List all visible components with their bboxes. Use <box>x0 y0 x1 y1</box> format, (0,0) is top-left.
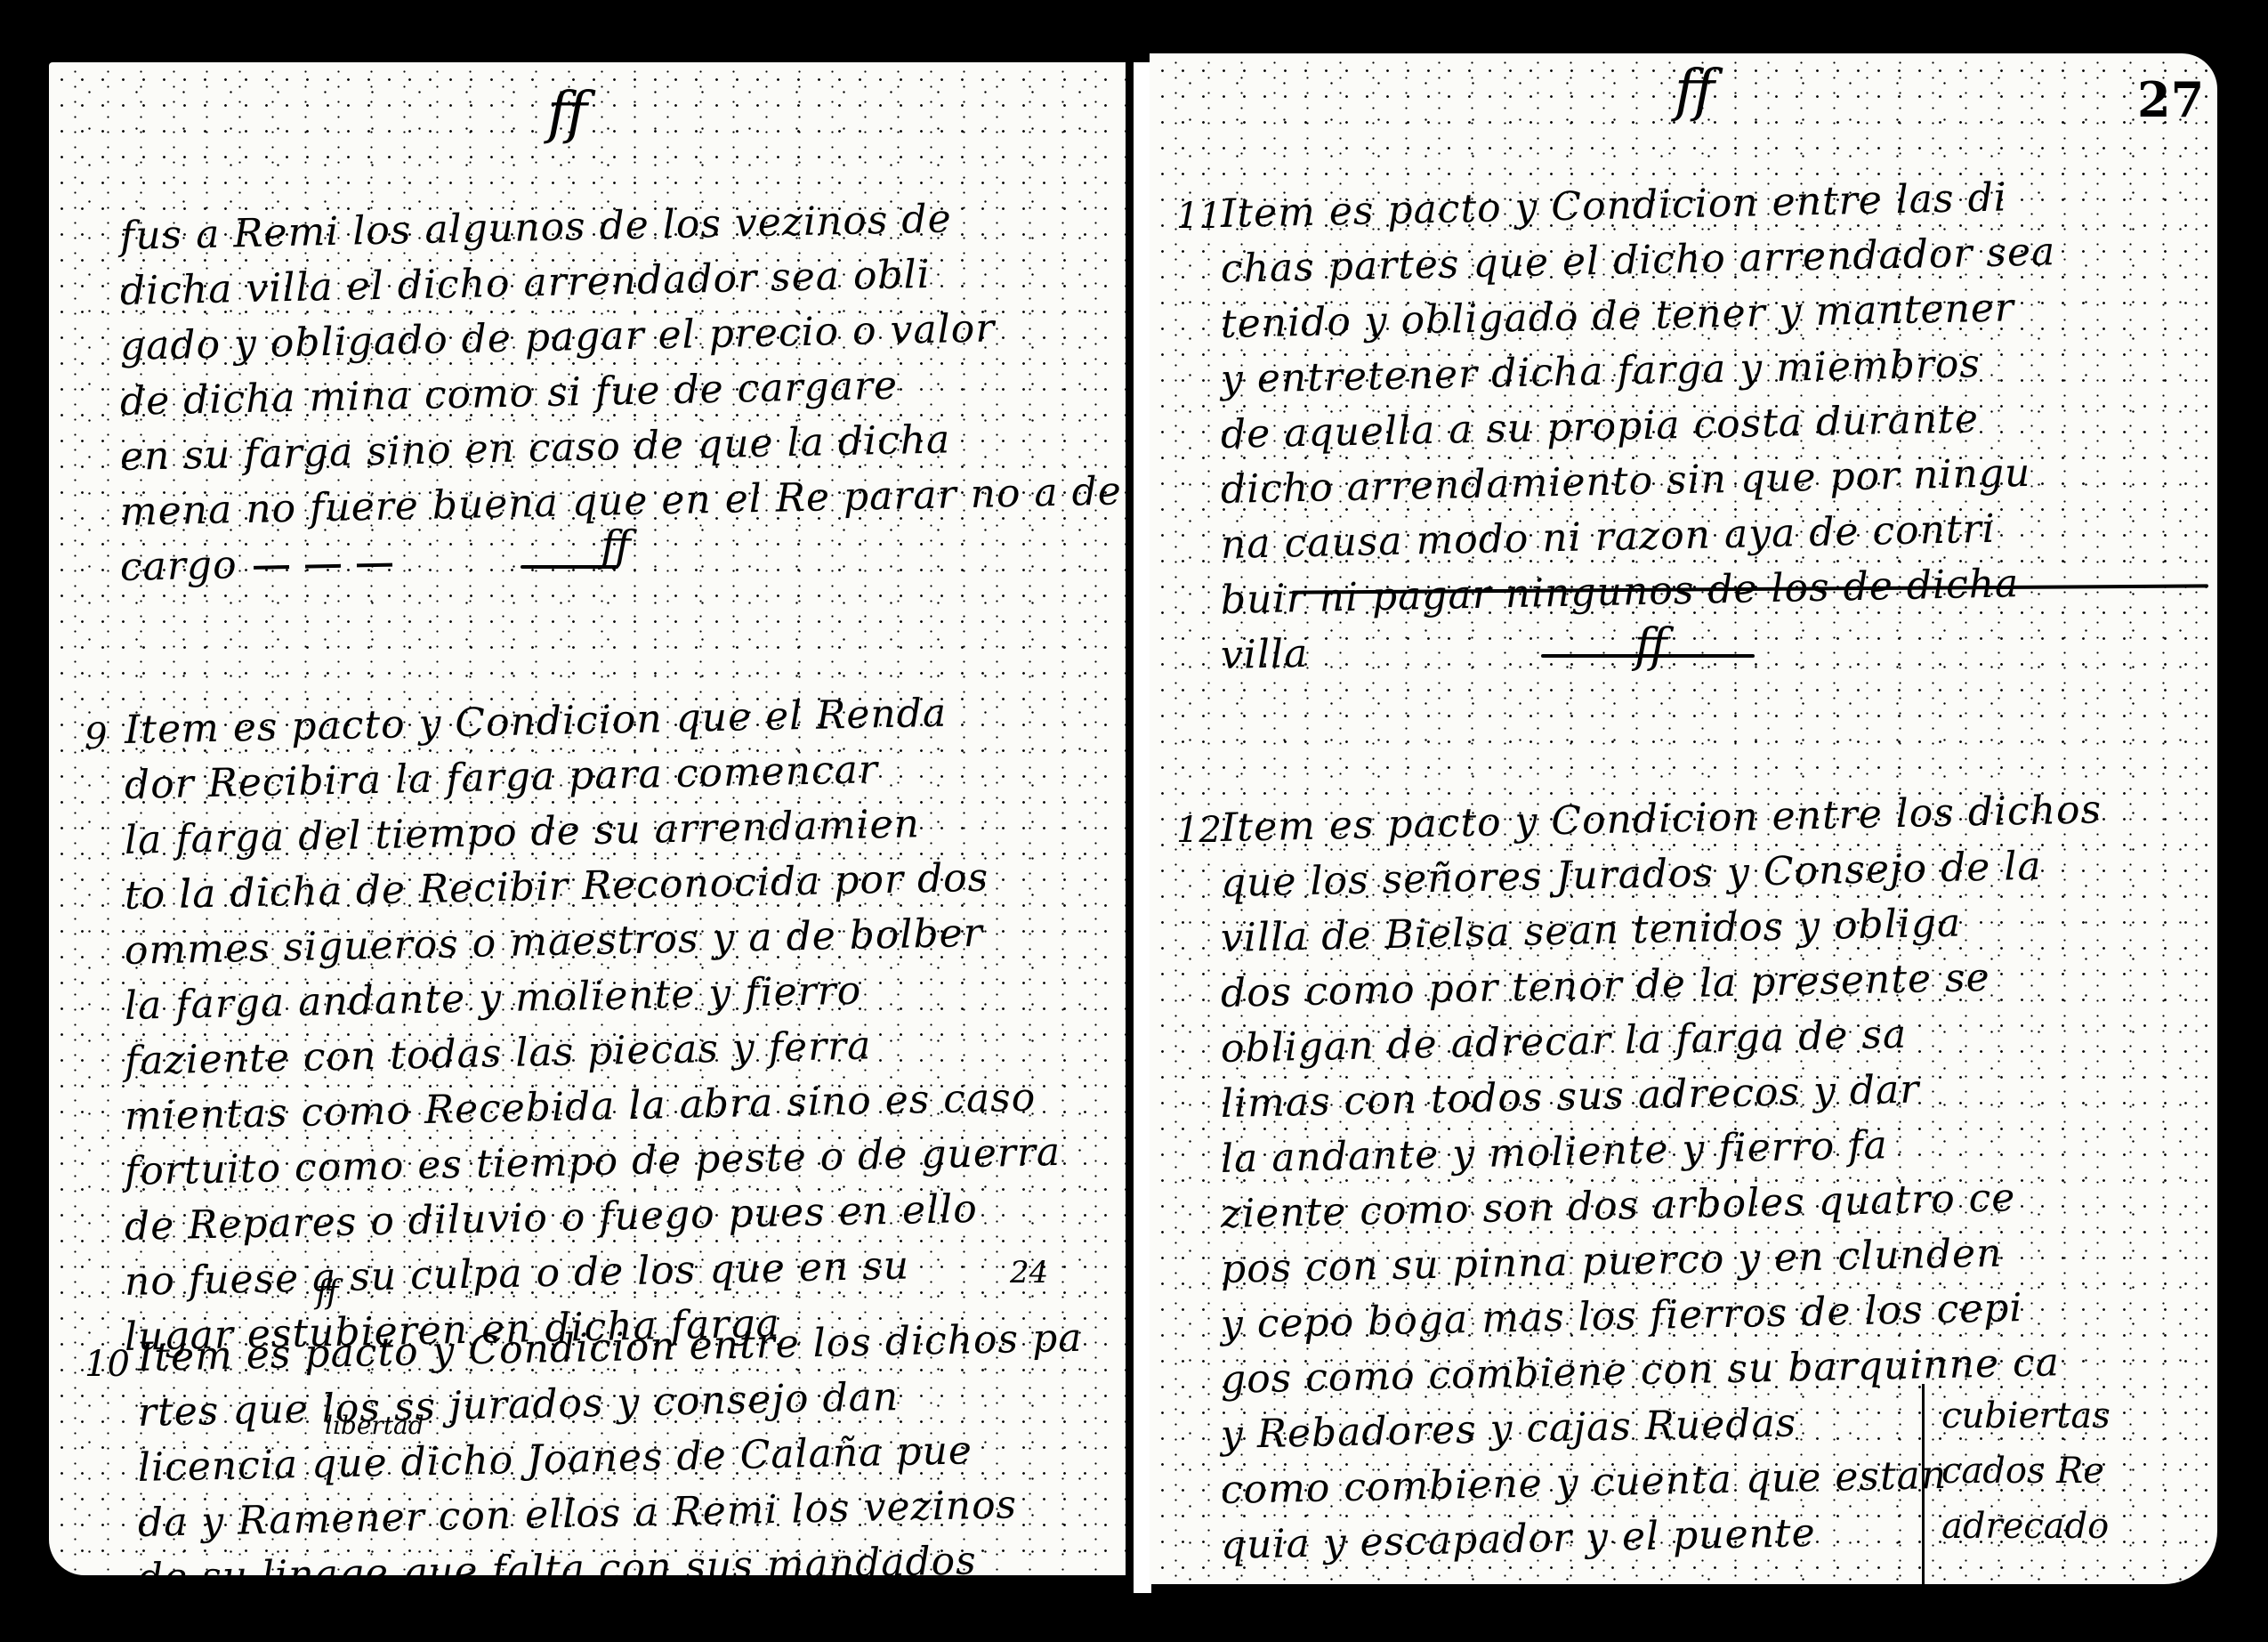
side-column: cubiertas cados Re adrecado <box>1941 1388 2111 1554</box>
left-page: ff fus a Remi los algunos de los vezinos… <box>49 62 1126 1575</box>
article-number: 10 <box>85 1344 130 1385</box>
article-number: 9 <box>85 716 107 757</box>
article-11: Item es pacto y Condicion entre las di c… <box>1221 187 2055 683</box>
header-mark: ff <box>547 85 587 142</box>
side-line: cubiertas <box>1941 1388 2111 1444</box>
manuscript-spread: ff fus a Remi los algunos de los vezinos… <box>0 0 2268 1642</box>
text-fragment: cargo <box>119 542 238 590</box>
header-mark: ff <box>1675 62 1715 119</box>
column-divider <box>1922 1384 1925 1633</box>
article-9: Item es pacto y Condicion que el Renda d… <box>125 703 1061 1365</box>
article-10: Item es pacto y Condicion entre los dich… <box>138 1331 1083 1606</box>
article-number: 12 <box>1176 810 1222 851</box>
book-edge <box>27 71 43 1575</box>
end-mark: ff <box>601 525 631 568</box>
article-number: 11 <box>1176 196 1222 237</box>
interlinear-note: libertad <box>325 1411 424 1440</box>
right-page: ff 27 11 Item es pacto y Condicion entre… <box>1150 53 2217 1584</box>
end-mark: ff <box>316 1277 339 1309</box>
side-line: cados Re <box>1941 1444 2111 1499</box>
side-line: adrecado <box>1941 1499 2111 1554</box>
margin-number: 24 <box>1010 1255 1048 1290</box>
end-mark: ff <box>1634 623 1667 669</box>
folio-number: 27 <box>2137 71 2204 128</box>
